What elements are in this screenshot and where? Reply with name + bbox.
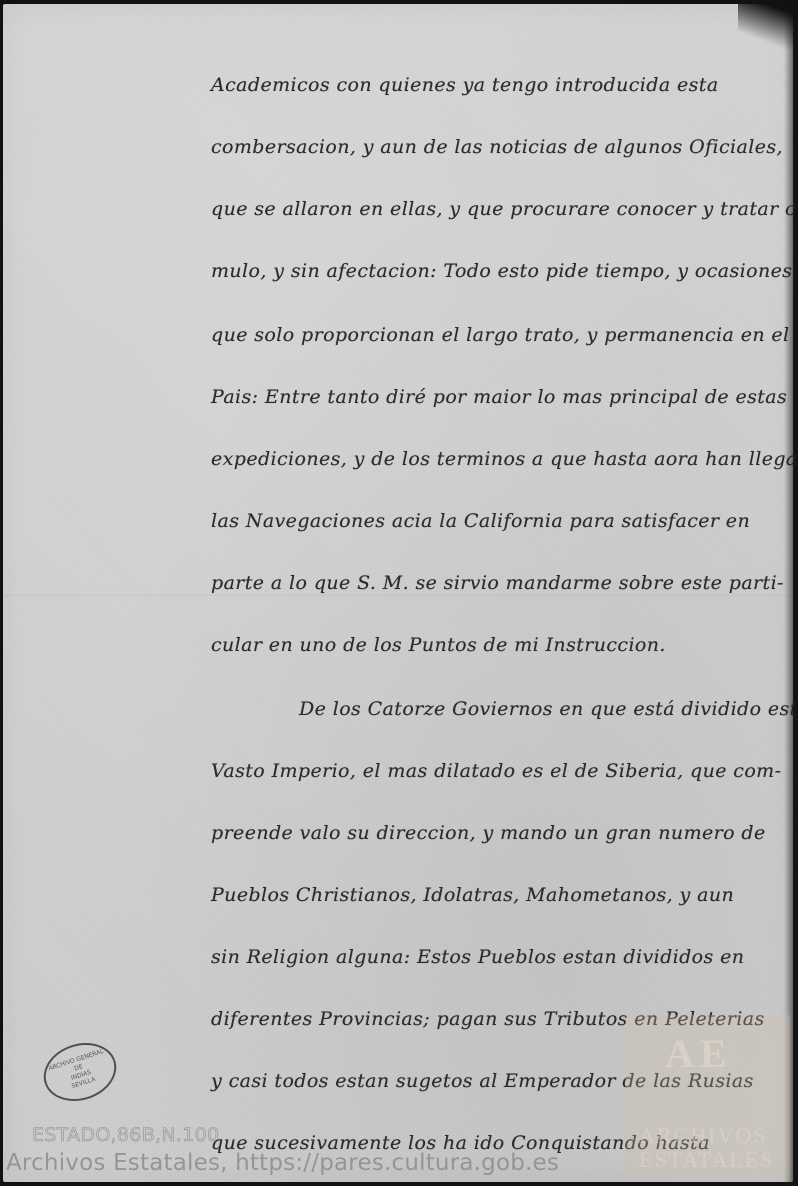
archive-watermark-logo: AE ARCHIVOS ESTATALES bbox=[625, 1015, 790, 1180]
manuscript-line: sin Religion alguna: Estos Pueblos estan… bbox=[211, 946, 744, 968]
manuscript-line: combersacion, y aun de las noticias de a… bbox=[211, 136, 783, 158]
paper-fold bbox=[3, 594, 793, 597]
manuscript-line: Pais: Entre tanto diré por maior lo mas … bbox=[211, 386, 787, 408]
manuscript-line: preende valo su direccion, y mando un gr… bbox=[211, 822, 766, 844]
manuscript-line: expediciones, y de los terminos a que ha… bbox=[211, 448, 798, 470]
manuscript-line: que se allaron en ellas, y que procurare… bbox=[211, 198, 798, 220]
watermark-mark: AE bbox=[665, 1030, 733, 1077]
manuscript-page: Academicos con quienes ya tengo introduc… bbox=[3, 4, 793, 1182]
document-scan: Academicos con quienes ya tengo introduc… bbox=[0, 0, 798, 1186]
manuscript-paragraph-start: De los Catorze Goviernos en que está div… bbox=[299, 698, 798, 720]
watermark-text: ARCHIVOS bbox=[639, 1123, 767, 1149]
manuscript-line: Vasto Imperio, el mas dilatado es el de … bbox=[211, 760, 781, 782]
manuscript-line: que solo proporcionan el largo trato, y … bbox=[211, 324, 790, 346]
manuscript-line: mulo, y sin afectacion: Todo esto pide t… bbox=[211, 260, 798, 282]
manuscript-line: Pueblos Christianos, Idolatras, Mahometa… bbox=[211, 884, 734, 906]
page-corner-shadow bbox=[738, 0, 798, 55]
page-edge-shadow bbox=[784, 0, 798, 1186]
manuscript-line: parte a lo que S. M. se sirvio mandarme … bbox=[211, 572, 784, 594]
archive-stamp: ARCHIVO GENERAL DE INDIAS SEVILLA bbox=[36, 1034, 124, 1110]
manuscript-line: cular en uno de los Puntos de mi Instruc… bbox=[211, 634, 666, 656]
watermark-text: ESTATALES bbox=[639, 1147, 774, 1173]
source-attribution: Archivos Estatales, https://pares.cultur… bbox=[6, 1150, 559, 1176]
reference-code: ESTADO,86B,N.100 bbox=[32, 1124, 219, 1146]
manuscript-line: las Navegaciones acia la California para… bbox=[211, 510, 750, 532]
manuscript-line: Academicos con quienes ya tengo introduc… bbox=[211, 74, 719, 96]
